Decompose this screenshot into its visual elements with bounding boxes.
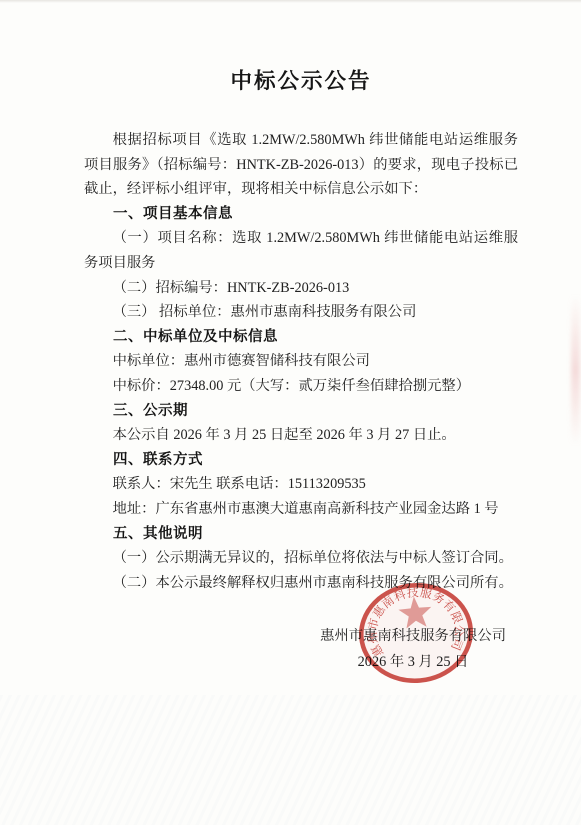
scanned-announcement-page: { "colors": { "seal_red": "#c9443e", "te…: [0, 0, 581, 825]
other-note-1-line: （一）公示期满无异议的，招标单位将依法与中标人签订合同。: [84, 546, 518, 571]
winner-unit-line: 中标单位：惠州市德赛智储科技有限公司: [84, 349, 518, 374]
signature-company: 惠州市惠南科技服务有限公司: [320, 623, 506, 649]
publicity-period-line: 本公示自 2026 年 3 月 25 日起至 2026 年 3 月 27 日止。: [84, 423, 518, 448]
winner-price-line: 中标价：27348.00 元（大写：贰万柒仟叁佰肆拾捌元整）: [84, 374, 518, 399]
section-heading-4: 四、联系方式: [84, 448, 518, 473]
project-name-line: （一）项目名称：选取 1.2MW/2.580MWh 纬世储能电站运维服务项目服务: [84, 226, 518, 275]
section-heading-5: 五、其他说明: [84, 522, 518, 547]
document-title: 中标公示公告: [84, 64, 518, 95]
signature-date: 2026 年 3 月 25 日: [320, 649, 506, 675]
address-line: 地址：广东省惠州市惠澳大道惠南高新科技产业园金达路 1 号: [84, 497, 518, 522]
contact-person-line: 联系人：宋先生 联系电话：15113209535: [84, 472, 518, 497]
scan-texture-artifact: [0, 695, 581, 825]
signature-block: 惠州市惠南科技服务有限公司 2026 年 3 月 25 日: [320, 623, 506, 675]
other-note-2-line: （二）本公示最终解释权归惠州市惠南科技服务有限公司所有。: [84, 571, 518, 596]
section-heading-2: 二、中标单位及中标信息: [84, 325, 518, 350]
tender-number-line: （二）招标编号：HNTK-ZB-2026-013: [84, 276, 518, 301]
intro-paragraph: 根据招标项目《选取 1.2MW/2.580MWh 纬世储能电站运维服务项目服务》…: [84, 128, 518, 202]
section-heading-3: 三、公示期: [84, 399, 518, 424]
document-body: 中标公示公告 根据招标项目《选取 1.2MW/2.580MWh 纬世储能电站运维…: [84, 64, 518, 675]
document-text: 根据招标项目《选取 1.2MW/2.580MWh 纬世储能电站运维服务项目服务》…: [84, 128, 518, 595]
scan-edge-shadow: [0, 0, 581, 3]
scan-smudge-artifact: [571, 295, 580, 445]
section-heading-1: 一、项目基本信息: [84, 202, 518, 227]
tender-unit-line: （三） 招标单位：惠州市惠南科技服务有限公司: [84, 300, 518, 325]
